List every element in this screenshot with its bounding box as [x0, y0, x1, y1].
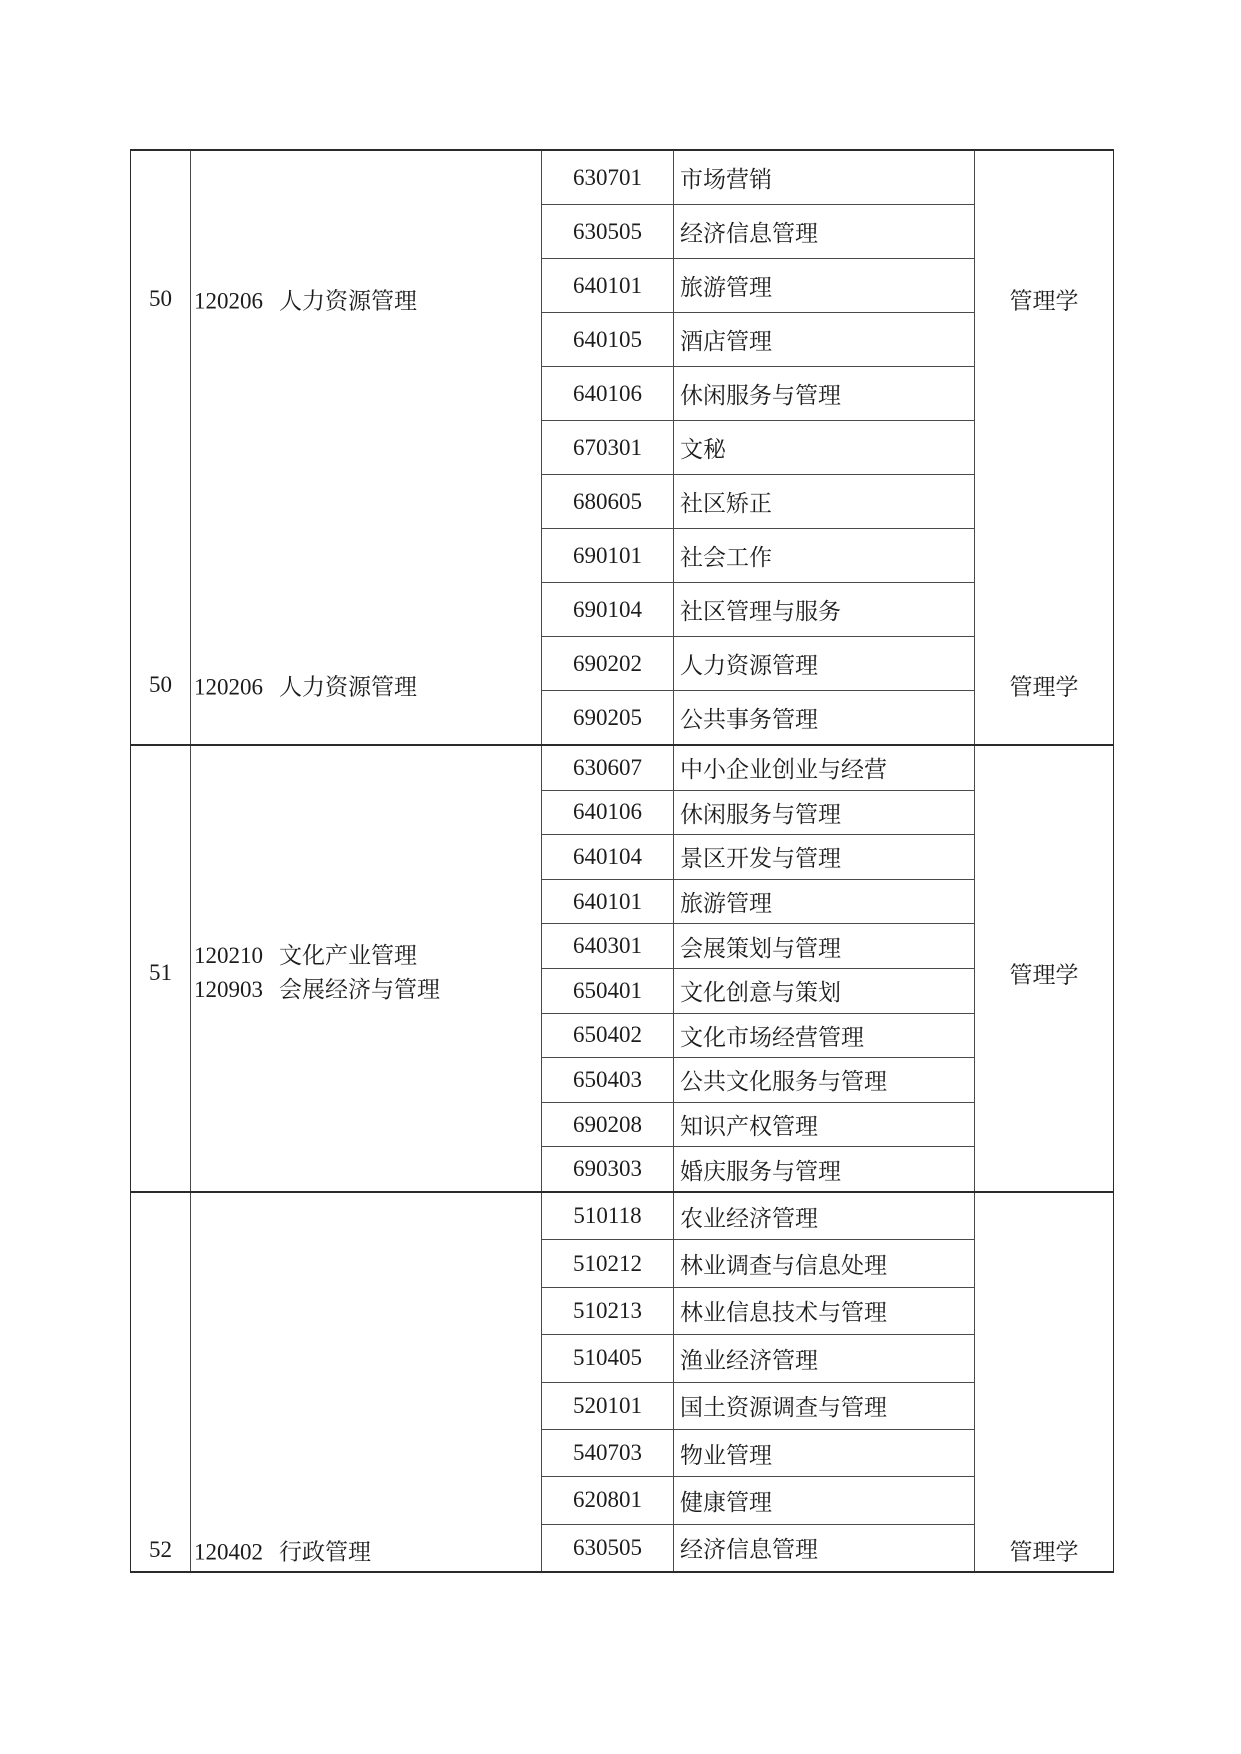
table-row: 650403 公共文化服务与管理	[542, 1058, 974, 1103]
category-label: 管理学	[975, 957, 1113, 990]
undergrad-major-name: 会展经济与管理	[279, 977, 440, 1002]
college-major-code: 510405	[542, 1335, 674, 1381]
college-major-code: 680605	[542, 475, 674, 528]
undergrad-major: 120206人力资源管理	[194, 669, 417, 702]
category-label: 管理学	[975, 669, 1113, 702]
college-major-name: 经济信息管理	[674, 1525, 974, 1571]
college-major-name: 知识产权管理	[674, 1103, 974, 1147]
college-major-name: 人力资源管理	[674, 637, 974, 690]
table-row: 640101 旅游管理	[542, 880, 974, 925]
undergrad-major: 120206人力资源管理	[194, 283, 417, 316]
college-major-name: 婚庆服务与管理	[674, 1147, 974, 1191]
table-row: 630701 市场营销	[542, 151, 974, 205]
table-row: 680605 社区矫正	[542, 475, 974, 529]
table-row: 520101 国土资源调查与管理	[542, 1383, 974, 1430]
college-major-code: 540703	[542, 1430, 674, 1476]
table-row: 640105 酒店管理	[542, 313, 974, 367]
college-major-name: 休闲服务与管理	[674, 367, 974, 420]
table-row: 690101 社会工作	[542, 529, 974, 583]
table-row: 630505 经济信息管理	[542, 205, 974, 259]
undergrad-major: 120210文化产业管理 120903会展经济与管理	[194, 939, 440, 1007]
undergrad-major-cell: 120402行政管理	[190, 1193, 541, 1571]
undergrad-major-code: 120206	[194, 289, 279, 315]
category-cell: 管理学	[974, 1193, 1113, 1571]
college-major-code: 640104	[542, 835, 674, 879]
subrows: 630607 中小企业创业与经营 640106 休闲服务与管理 640104 景…	[541, 746, 974, 1191]
table-row: 640104 景区开发与管理	[542, 835, 974, 880]
college-major-code: 690205	[542, 691, 674, 744]
college-major-code: 690101	[542, 529, 674, 582]
college-major-name: 中小企业创业与经营	[674, 746, 974, 790]
undergrad-major-line: 120903会展经济与管理	[194, 973, 440, 1007]
college-major-name: 公共事务管理	[674, 691, 974, 744]
table-row: 650402 文化市场经营管理	[542, 1014, 974, 1059]
college-major-code: 640105	[542, 313, 674, 366]
table-row: 640106 休闲服务与管理	[542, 791, 974, 836]
college-major-code: 510213	[542, 1288, 674, 1334]
table-row: 650401 文化创意与策划	[542, 969, 974, 1014]
subrows: 510118 农业经济管理 510212 林业调查与信息处理 510213 林业…	[541, 1193, 974, 1571]
undergrad-major-code: 120402	[194, 1540, 279, 1566]
table-row: 510405 渔业经济管理	[542, 1335, 974, 1382]
college-major-code: 690303	[542, 1147, 674, 1191]
college-major-name: 健康管理	[674, 1477, 974, 1523]
table-row: 690208 知识产权管理	[542, 1103, 974, 1148]
college-major-name: 文化创意与策划	[674, 969, 974, 1013]
seq-number: 50	[131, 672, 190, 698]
college-major-code: 630505	[542, 1525, 674, 1571]
undergrad-major-name: 人力资源管理	[279, 675, 417, 700]
table-row: 510213 林业信息技术与管理	[542, 1288, 974, 1335]
college-major-code: 620801	[542, 1477, 674, 1523]
undergrad-major-cell: 120206人力资源管理 120206人力资源管理	[190, 151, 541, 744]
undergrad-major-code: 120903	[194, 973, 279, 1007]
table-row: 640101 旅游管理	[542, 259, 974, 313]
college-major-name: 旅游管理	[674, 259, 974, 312]
table-section-52: 52 120402行政管理 510118 农业经济管理 510212 林业调查与…	[131, 1191, 1113, 1571]
college-major-code: 690208	[542, 1103, 674, 1147]
category-cell: 管理学	[974, 746, 1113, 1191]
college-major-name: 社区矫正	[674, 475, 974, 528]
table-row: 690303 婚庆服务与管理	[542, 1147, 974, 1191]
college-major-name: 社区管理与服务	[674, 583, 974, 636]
document-page: 50 50 120206人力资源管理 120206人力资源管理 630701 市…	[0, 0, 1241, 1754]
table-row: 510212 林业调查与信息处理	[542, 1240, 974, 1287]
college-major-name: 文秘	[674, 421, 974, 474]
college-major-code: 630607	[542, 746, 674, 790]
seq-number: 50	[131, 286, 190, 312]
college-major-code: 510118	[542, 1193, 674, 1239]
undergrad-major-name: 行政管理	[279, 1540, 371, 1565]
college-major-code: 640106	[542, 791, 674, 835]
college-major-code: 650402	[542, 1014, 674, 1058]
college-major-name: 国土资源调查与管理	[674, 1383, 974, 1429]
college-major-code: 690104	[542, 583, 674, 636]
college-major-name: 休闲服务与管理	[674, 791, 974, 835]
category-cell: 管理学 管理学	[974, 151, 1113, 744]
table-section-50: 50 50 120206人力资源管理 120206人力资源管理 630701 市…	[131, 151, 1113, 744]
table-row: 690202 人力资源管理	[542, 637, 974, 691]
college-major-name: 酒店管理	[674, 313, 974, 366]
undergrad-major-cell: 120210文化产业管理 120903会展经济与管理	[190, 746, 541, 1191]
majors-table: 50 50 120206人力资源管理 120206人力资源管理 630701 市…	[130, 149, 1114, 1573]
college-major-code: 640301	[542, 924, 674, 968]
college-major-name: 旅游管理	[674, 880, 974, 924]
table-row: 640301 会展策划与管理	[542, 924, 974, 969]
college-major-name: 文化市场经营管理	[674, 1014, 974, 1058]
college-major-name: 会展策划与管理	[674, 924, 974, 968]
college-major-code: 640106	[542, 367, 674, 420]
table-row: 670301 文秘	[542, 421, 974, 475]
college-major-name: 物业管理	[674, 1430, 974, 1476]
seq-cell: 51	[131, 746, 190, 1191]
table-row: 620801 健康管理	[542, 1477, 974, 1524]
college-major-code: 690202	[542, 637, 674, 690]
undergrad-major-code: 120210	[194, 939, 279, 973]
undergrad-major-line: 120210文化产业管理	[194, 939, 440, 973]
table-row: 640106 休闲服务与管理	[542, 367, 974, 421]
college-major-name: 经济信息管理	[674, 205, 974, 258]
college-major-code: 640101	[542, 259, 674, 312]
college-major-code: 650403	[542, 1058, 674, 1102]
table-row: 630505 经济信息管理	[542, 1525, 974, 1571]
undergrad-major: 120402行政管理	[194, 1534, 371, 1567]
seq-number: 51	[131, 960, 190, 986]
undergrad-major-code: 120206	[194, 675, 279, 701]
college-major-name: 社会工作	[674, 529, 974, 582]
college-major-name: 渔业经济管理	[674, 1335, 974, 1381]
table-row: 510118 农业经济管理	[542, 1193, 974, 1240]
college-major-code: 510212	[542, 1240, 674, 1286]
college-major-name: 市场营销	[674, 151, 974, 204]
subrows: 630701 市场营销 630505 经济信息管理 640101 旅游管理 64…	[541, 151, 974, 744]
table-row: 630607 中小企业创业与经营	[542, 746, 974, 791]
college-major-code: 670301	[542, 421, 674, 474]
college-major-name: 林业信息技术与管理	[674, 1288, 974, 1334]
seq-cell: 52	[131, 1193, 190, 1571]
undergrad-major-name: 人力资源管理	[279, 289, 417, 314]
seq-cell: 50 50	[131, 151, 190, 744]
college-major-name: 景区开发与管理	[674, 835, 974, 879]
table-row: 690104 社区管理与服务	[542, 583, 974, 637]
table-section-51: 51 120210文化产业管理 120903会展经济与管理 630607 中小企…	[131, 744, 1113, 1191]
undergrad-major-name: 文化产业管理	[279, 943, 417, 968]
college-major-code: 520101	[542, 1383, 674, 1429]
table-row: 540703 物业管理	[542, 1430, 974, 1477]
category-label: 管理学	[975, 283, 1113, 316]
seq-number: 52	[131, 1537, 190, 1563]
college-major-code: 640101	[542, 880, 674, 924]
college-major-name: 林业调查与信息处理	[674, 1240, 974, 1286]
college-major-code: 630505	[542, 205, 674, 258]
college-major-name: 农业经济管理	[674, 1193, 974, 1239]
college-major-code: 650401	[542, 969, 674, 1013]
category-label: 管理学	[975, 1534, 1113, 1567]
table-row: 690205 公共事务管理	[542, 691, 974, 744]
college-major-code: 630701	[542, 151, 674, 204]
college-major-name: 公共文化服务与管理	[674, 1058, 974, 1102]
